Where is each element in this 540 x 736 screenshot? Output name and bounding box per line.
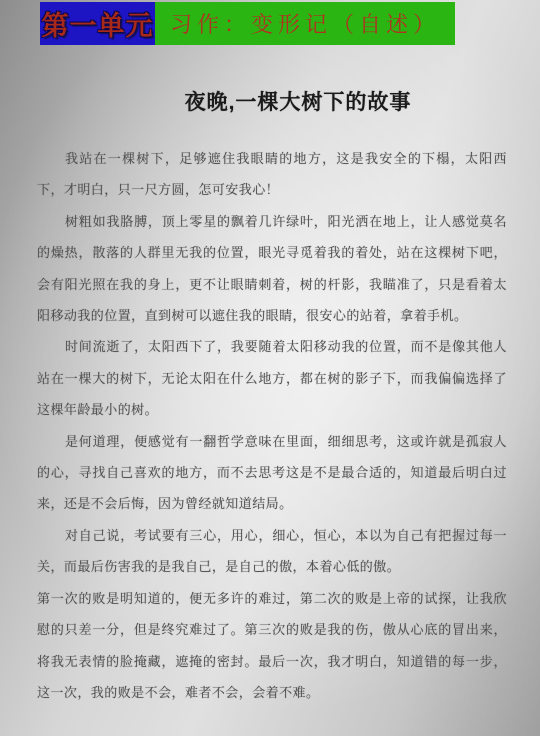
essay-paragraph: 对自己说，考试要有三心，用心，细心，恒心，本以为自己有把握过每一关，而最后伤害我…	[37, 520, 507, 583]
essay-paragraph: 时间流逝了，太阳西下了，我要随着太阳移动我的位置，而不是像其他人站在一棵大的树下…	[37, 331, 507, 425]
topic-badge: 习作：变形记（自述）	[155, 2, 455, 45]
unit-banner: 第一单元 习作：变形记（自述）	[40, 2, 455, 45]
document-photo: 第一单元 习作：变形记（自述） 夜晚,一棵大树下的故事 我站在一棵树下，足够遮住…	[0, 0, 540, 736]
essay-paragraph: 是何道理，便感觉有一翻哲学意味在里面，细细思考，这或许就是孤寂人的心，寻找自己喜…	[37, 426, 507, 520]
essay-paragraph: 我站在一棵树下，足够遮住我眼睛的地方，这是我安全的下榻，太阳西下，才明白，只一尺…	[37, 143, 507, 206]
essay-title: 夜晚,一棵大树下的故事	[28, 86, 540, 116]
unit-badge: 第一单元	[40, 2, 155, 45]
essay-body: 我站在一棵树下，足够遮住我眼睛的地方，这是我安全的下榻，太阳西下，才明白，只一尺…	[37, 143, 507, 708]
essay-paragraph: 第一次的败是明知道的，便无多许的难过，第二次的败是上帝的试探，让我欣慰的只差一分…	[37, 583, 507, 709]
essay-paragraph: 树粗如我胳膊，顶上零星的飘着几许绿叶，阳光洒在地上，让人感觉莫名的燥热，散落的人…	[37, 206, 507, 332]
